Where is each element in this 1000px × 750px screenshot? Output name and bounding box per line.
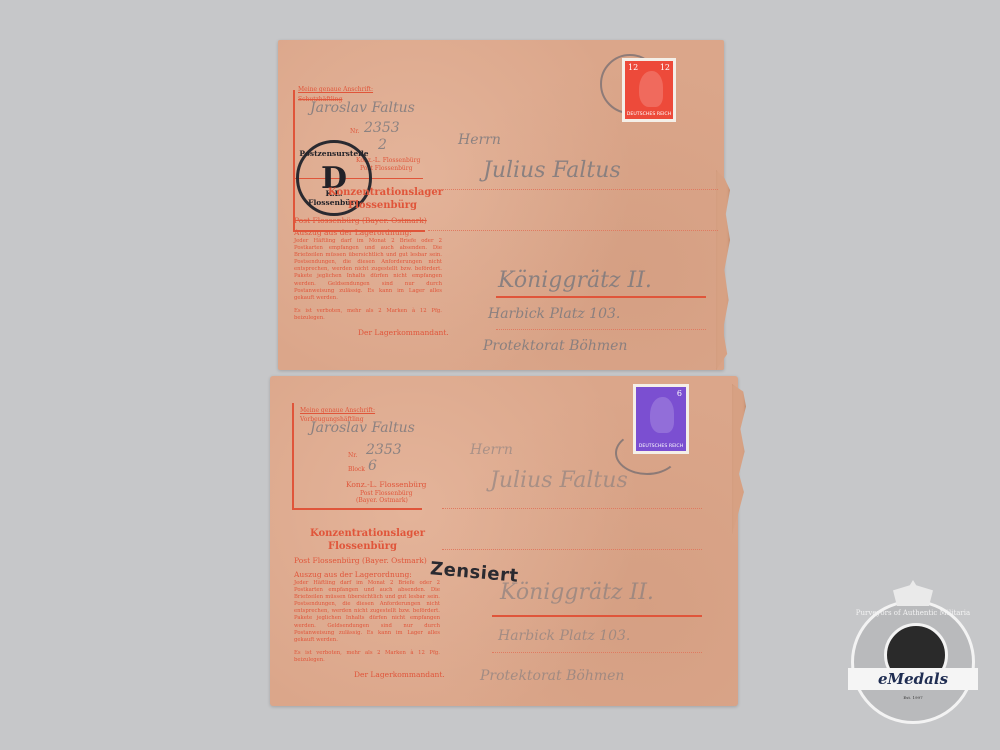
address-rule-2 [428,230,718,232]
regulations-footer: Es ist verboten, mehr als 2 Marken à 12 … [294,308,442,322]
camp-title-1: Konzentrationslager [310,528,425,539]
envelope-top: Meine genaue Anschrift: Schutzhäftling J… [278,40,724,370]
recipient-city: Königgrätz II. [498,268,652,293]
recipient-street: Harbick Platz 103. [498,628,630,644]
number-label: Nr. [348,452,357,459]
stamp-country: DEUTSCHES REICH [625,112,673,117]
label-address: Meine genaue Anschrift: [298,86,373,93]
sender-name: Jaroslav Faltus [310,100,415,116]
logo-brand: eMedals [848,668,978,690]
stamp-value: 6 [677,389,682,398]
recipient-salutation: Herrn [470,442,513,458]
portrait-icon [650,397,674,433]
emedals-logo: Purveyors of Authentic Militaria eMedals… [843,580,983,730]
censor-stamp-top: Postzensurstelle [299,149,369,158]
envelope-bottom: Meine genaue Anschrift: Vorbeugungshäftl… [270,376,738,706]
camp-post-line: Post Flossenbürg (Bayer. Ostmark) [294,216,427,225]
torn-edge [716,170,730,370]
logo-ring: Purveyors of Authentic Militaria eMedals… [851,600,975,724]
sender-number: 2353 [364,120,400,136]
recipient-street: Harbick Platz 103. [488,306,620,322]
stamp-face: 12 12 DEUTSCHES REICH [625,61,673,119]
stamp-value-left: 12 [628,63,638,72]
sender-number: 2353 [366,442,402,458]
crown-icon [893,580,933,606]
sender-name: Jaroslav Faltus [310,420,415,436]
recipient-salutation: Herrn [458,132,501,148]
regulations-body: Jeder Häftling darf im Monat 2 Briefe od… [294,238,442,302]
postage-stamp-12: 12 12 DEUTSCHES REICH [622,58,676,122]
address-rule-1 [428,189,718,191]
address-rule-1 [442,508,702,510]
regulations-body: Jeder Häftling darf im Monat 2 Briefe od… [294,580,440,644]
camp-line-3: (Bayer. Ostmark) [356,497,408,504]
camp-title-2: Flossenbürg [348,200,417,211]
camp-line-1: Konz.-L. Flossenbürg [346,480,426,489]
city-underline [496,296,706,298]
portrait-icon [639,71,663,107]
city-underline [492,615,702,617]
sender-block: 2 [378,137,387,153]
regulations-footer: Es ist verboten, mehr als 2 Marken à 12 … [294,650,440,664]
address-rule-2 [442,549,702,551]
recipient-name: Julius Faltus [483,158,621,183]
camp-post-line: Post Flossenbürg (Bayer. Ostmark) [294,556,427,565]
sender-block: 6 [368,458,377,474]
regulations-heading: Auszug aus der Lagerordnung: [294,228,412,237]
torn-edge [732,384,746,534]
address-rule-3 [492,652,702,654]
camp-title-1: Konzentrationslager [328,187,443,198]
logo-established: Est. 1997 [854,695,972,700]
stamp-value-right: 12 [660,63,670,72]
regulations-signature: Der Lagerkommandant. [358,328,449,337]
camp-line-2: Post Flossenbürg [360,490,413,497]
number-label: Nr. [350,128,359,135]
logo-tagline: Purveyors of Authentic Militaria [854,609,972,617]
regulations-heading: Auszug aus der Lagerordnung: [294,570,412,579]
block-label: Block [348,466,365,473]
address-rule-3 [496,329,706,331]
camp-title-2: Flossenbürg [328,541,397,552]
regulations-signature: Der Lagerkommandant. [354,670,445,679]
recipient-city: Königgrätz II. [500,580,654,605]
label-address: Meine genaue Anschrift: [300,407,375,414]
recipient-region: Protektorat Böhmen [483,338,627,354]
recipient-region: Protektorat Böhmen [480,668,624,684]
recipient-name: Julius Faltus [490,468,628,493]
